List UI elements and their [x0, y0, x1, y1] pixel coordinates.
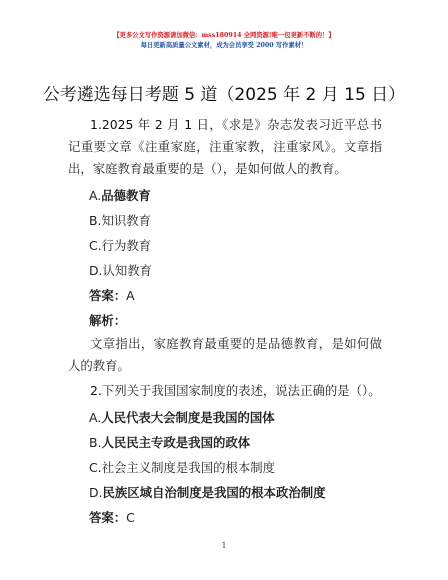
question-2-option-a: A.人民代表大会制度是我国的国体: [68, 405, 382, 430]
question-2-text: 下列关于我国国家制度的表述，说法正确的是（）。: [102, 383, 381, 398]
question-2-answer: 答案：C: [68, 505, 382, 530]
document-title: 公考遴选每日考题 5 道（2025 年 2 月 15 日）: [0, 84, 448, 106]
question-2-number: 2.: [90, 383, 102, 398]
question-2-stem: 2.下列关于我国国家制度的表述，说法正确的是（）。: [68, 380, 382, 402]
document-body: 1.2025 年 2 月 1 日，《求是》杂志发表习近平总书记重要文章《注重家庭…: [68, 114, 382, 530]
question-2-option-d: D.民族区域自治制度是我国的根本政治制度: [68, 480, 382, 505]
question-1-option-a: A.品德教育: [68, 183, 382, 208]
question-2-option-b: B.人民民主专政是我国的政体: [68, 430, 382, 455]
question-1-answer-value: A: [126, 288, 134, 303]
question-2-option-c: C.社会主义制度是我国的根本制度: [68, 455, 382, 480]
promo-line-wechat: 【更多公文写作资源请加微信：mss180914 全网资源!唯一包更新不断的！】: [0, 31, 448, 41]
question-1-analysis-text: 文章指出，家庭教育最重要的是品德教育，是如何做人的教育。: [68, 333, 382, 377]
page-number: 1: [0, 541, 448, 550]
question-1-option-d: D.认知教育: [68, 258, 382, 283]
question-1-stem: 1.2025 年 2 月 1 日，《求是》杂志发表习近平总书记重要文章《注重家庭…: [68, 114, 382, 180]
question-1-option-b: B.知识教育: [68, 208, 382, 233]
question-2-answer-value: C: [126, 510, 135, 525]
question-1-number: 1.2025 年 2 月 1 日: [90, 117, 209, 132]
question-1-option-c: C.行为教育: [68, 233, 382, 258]
question-1-answer: 答案：A: [68, 283, 382, 308]
promo-line-membership: 每日更新高质量公文素材，成为会员享受 2000 写作素材！: [0, 41, 448, 51]
question-1-analysis-label: 解析：: [68, 308, 382, 333]
promo-header: 【更多公文写作资源请加微信：mss180914 全网资源!唯一包更新不断的！】 …: [0, 31, 448, 51]
